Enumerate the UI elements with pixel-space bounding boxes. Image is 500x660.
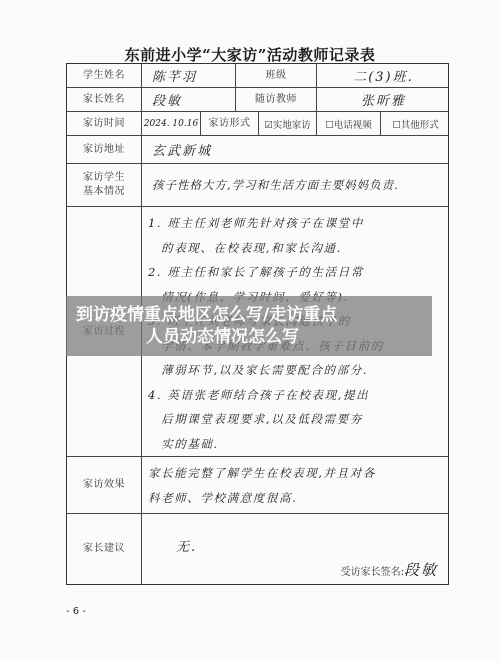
effect-line: 科老师、学校满意度很高. [148,486,376,511]
document-title: 东前进小学“大家访”活动教师记录表 [0,44,500,65]
process-line: 2. 班主任和家长了解孩子的生活日常 [148,260,384,285]
process-line: 薄弱环节,以及家长需要配合的部分. [148,358,384,383]
value-class: 二(3)班. [317,64,450,87]
value-student-name: 陈芊羽 [142,64,236,87]
suggestion-text: 无. [176,536,197,555]
row-visit-effect: 家访效果 家长能完整了解学生在校表现,并且对各 科老师、学校满意度很高. [67,457,448,514]
label-parent-suggestion: 家长建议 [67,514,142,584]
checkbox-phone-video[interactable]: ☐电话视频 [317,112,381,135]
value-student-basic: 孩子性格大方,学习和生活方面主要妈妈负责. [142,164,450,206]
checkbox-onsite-visit[interactable]: ☑实地家访 [259,112,317,135]
process-line: 实的基础. [148,432,384,457]
row-parent-suggestion: 家长建议 无. 受访家长签名:段敏 [67,514,448,584]
label-visit-effect: 家访效果 [67,457,142,513]
label-student-basic-line1: 家访学生 [83,171,125,185]
process-line: 后期课堂表现要求,以及低段需要夯 [148,407,384,432]
page-number: - 6 - [66,606,86,617]
process-line: 1. 班主任刘老师先针对孩子在课堂中 [148,211,384,236]
process-line: 的表现、在校表现,和家长沟通. [148,236,384,261]
value-parent-suggestion: 无. 受访家长签名:段敏 [142,514,450,584]
value-visit-effect: 家长能完整了解学生在校表现,并且对各 科老师、学校满意度很高. [142,457,450,513]
label-visit-time: 家访时间 [67,112,142,135]
row-student-basic: 家访学生 基本情况 孩子性格大方,学习和生活方面主要妈妈负责. [67,164,448,207]
row-parent-name: 家长姓名 段敏 随访教师 张昕雅 [67,88,448,112]
label-parent-name: 家长姓名 [67,88,142,111]
signature-label: 受访家长签名: [341,567,404,578]
value-accompany-teacher: 张昕雅 [317,88,450,111]
label-accompany-teacher: 随访教师 [236,88,317,111]
value-visit-time: 2024. 10.16 [142,112,201,135]
overlay-line-2: 人员动态情况怎么写 [66,326,432,348]
row-visit-time: 家访时间 2024. 10.16 家访形式 ☑实地家访 ☐电话视频 ☐其他形式 [67,112,448,136]
label-student-basic: 家访学生 基本情况 [67,164,142,206]
label-student-basic-line2: 基本情况 [83,185,125,199]
parent-signature-block: 受访家长签名:段敏 [341,559,438,580]
title-overlay-banner: 到访疫情重点地区怎么写/走访重点 人员动态情况怎么写 [66,296,432,356]
label-visit-form: 家访形式 [201,112,259,135]
label-visit-address: 家访地址 [67,136,142,163]
value-visit-address: 玄武新城 [142,136,450,163]
value-parent-name: 段敏 [142,88,236,111]
effect-line: 家长能完整了解学生在校表现,并且对各 [148,461,376,486]
process-line: 4. 英语张老师结合孩子在校表现,提出 [148,383,384,408]
signature-value: 段敏 [404,561,438,579]
row-student-name: 学生姓名 陈芊羽 班级 二(3)班. [67,64,448,88]
row-visit-address: 家访地址 玄武新城 [67,136,448,164]
label-class: 班级 [236,64,317,87]
label-student-name: 学生姓名 [67,64,142,87]
checkbox-other-form[interactable]: ☐其他形式 [381,112,450,135]
overlay-line-1: 到访疫情重点地区怎么写/走访重点 [66,304,432,326]
